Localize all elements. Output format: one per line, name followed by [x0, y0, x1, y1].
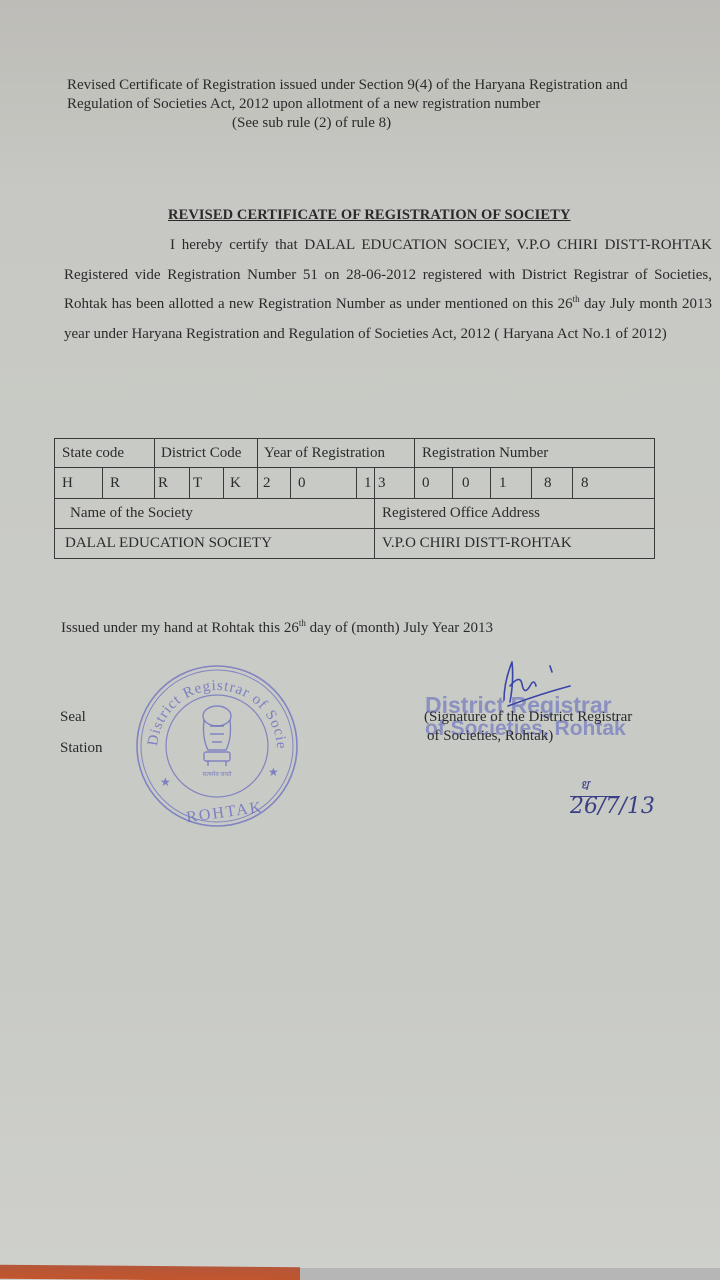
seal-top-text: District Registrar of Societies [132, 658, 289, 750]
code-cell: 0 [291, 468, 357, 499]
office-address-value: V.P.O CHIRI DISTT-ROHTAK [375, 529, 655, 559]
header-registration-number: Registration Number [415, 439, 655, 468]
seal-star-icon: ★ [268, 765, 279, 779]
code-cell: H [55, 468, 103, 499]
code-cell: 1 [357, 468, 375, 499]
issued-ordinal-suffix: th [299, 618, 306, 628]
background-surface [300, 1268, 720, 1280]
code-cell: R [155, 468, 190, 499]
header-line-3: (See sub rule (2) of rule 8) [67, 114, 707, 133]
registration-table: State code District Code Year of Registr… [54, 438, 655, 559]
society-name-value: DALAL EDUCATION SOCIETY [55, 529, 375, 559]
svg-text:District Registrar of Societie: District Registrar of Societies [132, 658, 289, 750]
header-state-code: State code [55, 439, 155, 468]
code-cell: K [224, 468, 258, 499]
seal-label: Seal [60, 709, 86, 726]
handwritten-signature [490, 656, 580, 716]
form-header: Revised Certificate of Registration issu… [67, 76, 707, 133]
code-cell: 2 [258, 468, 291, 499]
code-cell: 1 [491, 468, 532, 499]
code-cell: 8 [573, 468, 655, 499]
header-year-of-registration: Year of Registration [258, 439, 415, 468]
code-cell: R [103, 468, 155, 499]
code-cell: 8 [532, 468, 573, 499]
issued-part2: day of (month) July Year 2013 [306, 620, 493, 636]
table-label-row: Name of the Society Registered Office Ad… [55, 499, 655, 529]
name-of-society-label: Name of the Society [55, 499, 375, 529]
district-registrar-seal-stamp: District Registrar of Societies ROHTAK ★… [132, 658, 302, 828]
emblem-caption: सत्यमेव जयते [202, 770, 232, 778]
registered-office-address-label: Registered Office Address [375, 499, 655, 529]
header-line-1: Revised Certificate of Registration issu… [67, 77, 628, 93]
table-code-row: H R R T K 2 0 1 3 0 0 1 8 8 [55, 468, 655, 499]
seal-bottom-text: ROHTAK [185, 799, 264, 827]
svg-text:ROHTAK: ROHTAK [185, 799, 264, 827]
code-cell: 3 [375, 468, 415, 499]
table-header-row: State code District Code Year of Registr… [55, 439, 655, 468]
national-emblem-icon [203, 706, 231, 766]
header-district-code: District Code [155, 439, 258, 468]
seal-star-icon: ★ [160, 775, 171, 789]
signature-caption-line-2: of Societies, Rohtak) [424, 728, 553, 744]
issued-part1: Issued under my hand at Rohtak this 26 [61, 620, 299, 636]
handwritten-date: ध 26/7/13 [570, 776, 655, 817]
station-label: Station [60, 740, 103, 757]
certification-paragraph: I hereby certify that DALAL EDUCATION SO… [64, 231, 712, 349]
background-orange-surface [0, 1265, 300, 1280]
code-cell: T [190, 468, 224, 499]
code-cell: 0 [415, 468, 453, 499]
header-line-2: Regulation of Societies Act, 2012 upon a… [67, 96, 540, 112]
body-ordinal-suffix: th [573, 294, 580, 304]
code-cell: 0 [453, 468, 491, 499]
handwritten-date-value: 26/7/13 [570, 794, 655, 819]
issued-statement: Issued under my hand at Rohtak this 26th… [61, 620, 493, 637]
table-value-row: DALAL EDUCATION SOCIETY V.P.O CHIRI DIST… [55, 529, 655, 559]
certificate-title: REVISED CERTIFICATE OF REGISTRATION OF S… [168, 207, 571, 224]
